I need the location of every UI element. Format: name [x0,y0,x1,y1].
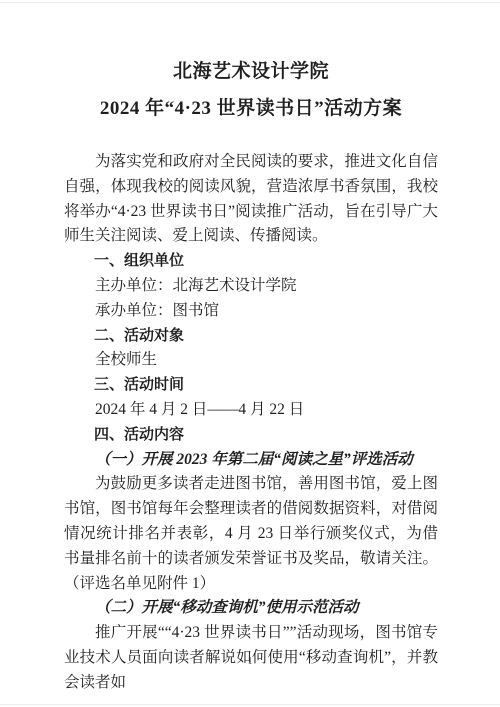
section-heading-organizers: 一、组织单位 [64,249,438,274]
intro-paragraph: 为落实党和政府对全民阅读的要求，推进文化自信自强，体现我校的阅读风貌，营造浓厚书… [64,150,438,249]
host-unit-line: 主办单位：北海艺术设计学院 [64,274,438,299]
doc-title-line2: 2024 年“4·23 世界读书日”活动方案 [64,94,438,124]
document-page: 北海艺术设计学院 2024 年“4·23 世界读书日”活动方案 为落实党和政府对… [0,0,500,707]
section-heading-content: 四、活动内容 [64,423,438,448]
doc-title-line1: 北海艺术设计学院 [64,57,438,87]
audience-line: 全校师生 [64,348,438,373]
organizer-unit-line: 承办单位：图书馆 [64,299,438,324]
subsection-heading-reading-star: （一）开展 2023 年第二届“阅读之星”评选活动 [64,448,438,473]
activity-time-line: 2024 年 4 月 2 日——4 月 22 日 [64,398,438,423]
reading-star-paragraph: 为鼓励更多读者走进图书馆，善用图书馆，爱上图书馆，图书馆每年会整理读者的借阅数据… [64,472,438,596]
page-top-border [0,2,500,3]
page-number: 1 [0,656,500,667]
subsection-heading-mobile-query: （二）开展“移动查询机”使用示范活动 [64,596,438,621]
page-bottom-border [0,704,500,705]
section-heading-time: 三、活动时间 [64,373,438,398]
document-body: 北海艺术设计学院 2024 年“4·23 世界读书日”活动方案 为落实党和政府对… [64,57,438,696]
section-heading-audience: 二、活动对象 [64,324,438,349]
